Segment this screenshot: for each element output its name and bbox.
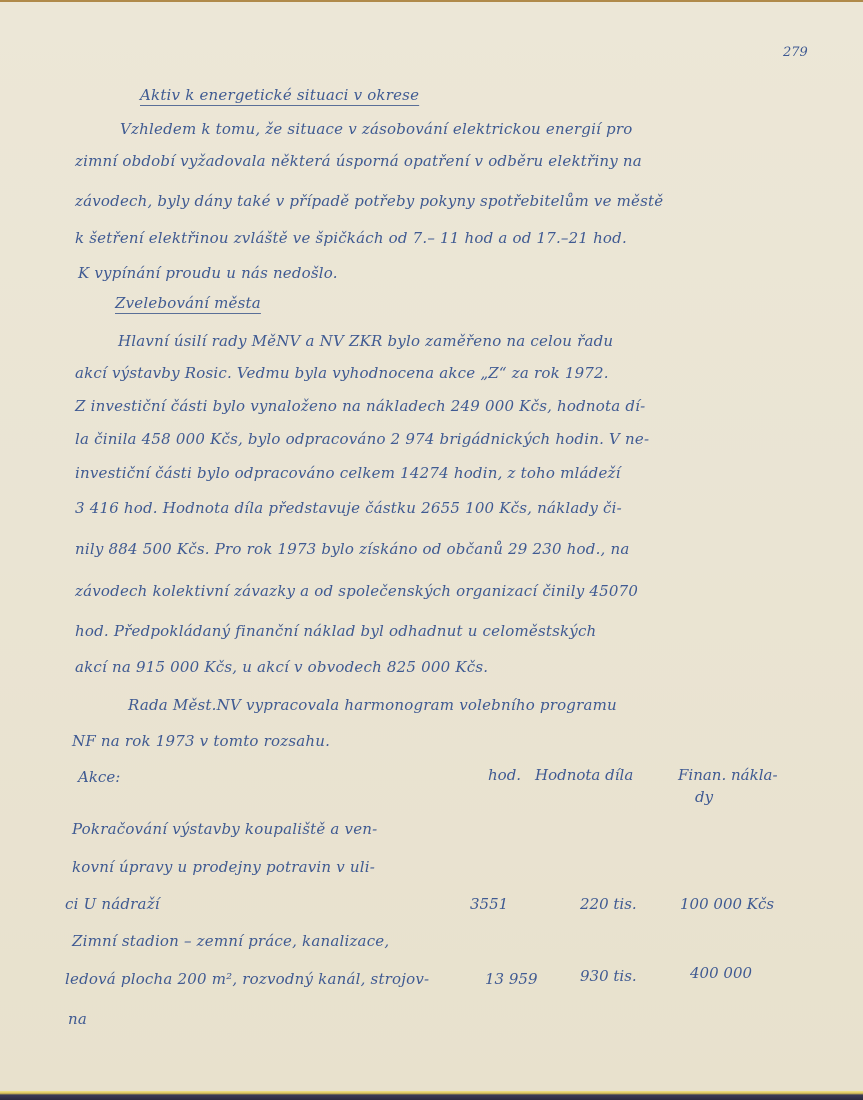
- table-row-2-text: Zimní stadion – zemní práce, kanalizace,: [72, 932, 389, 950]
- page-number: 279: [783, 45, 808, 60]
- section-heading-energy: Aktiv k energetické situaci v okrese: [140, 86, 419, 104]
- section-heading-city: Zvelebování města: [115, 294, 261, 312]
- table-header-action: Akce:: [78, 768, 120, 786]
- document-page: 279 Aktiv k energetické situaci v okrese…: [0, 2, 863, 1091]
- text-line: Hlavní úsilí rady MěNV a NV ZKR bylo zam…: [118, 332, 613, 350]
- table-row-2-cost: 400 000: [690, 964, 752, 982]
- text-line: investiční části bylo odpracováno celkem…: [75, 464, 621, 482]
- table-header-cost-cont: dy: [695, 788, 713, 806]
- text-line: la činila 458 000 Kčs, bylo odpracováno …: [75, 430, 649, 448]
- table-row-1-text: Pokračování výstavby koupaliště a ven-: [72, 820, 377, 838]
- table-row-1-hours: 3551: [470, 895, 508, 913]
- table-row-1-value: 220 tis.: [580, 895, 637, 913]
- text-line: nily 884 500 Kčs. Pro rok 1973 bylo získ…: [75, 540, 629, 558]
- text-line: K vypínání proudu u nás nedošlo.: [78, 264, 338, 282]
- table-row-1-text: ci U nádraží: [65, 895, 160, 913]
- table-header-cost: Finan. nákla-: [678, 766, 778, 784]
- text-line: závodech, byly dány také v případě potře…: [75, 192, 663, 210]
- text-line: 3 416 hod. Hodnota díla představuje část…: [75, 499, 622, 517]
- page-bottom-edge: [0, 1091, 863, 1100]
- text-line: zimní období vyžadovala některá úsporná …: [75, 152, 642, 170]
- text-line: Z investiční části bylo vynaloženo na ná…: [75, 397, 645, 415]
- text-line: závodech kolektivní závazky a od společe…: [75, 582, 638, 600]
- table-row-2-hours: 13 959: [485, 970, 538, 988]
- text-line: akcí výstavby Rosic. Vedmu byla vyhodnoc…: [75, 364, 609, 382]
- table-row-1-text: kovní úpravy u prodejny potravin v uli-: [72, 858, 375, 876]
- table-row-1-cost: 100 000 Kčs: [680, 895, 774, 913]
- text-line: Rada Měst.NV vypracovala harmonogram vol…: [128, 696, 617, 714]
- text-line: Vzhledem k tomu, že situace v zásobování…: [120, 120, 632, 138]
- table-header-value: Hodnota díla: [535, 766, 633, 784]
- text-line: NF na rok 1973 v tomto rozsahu.: [72, 732, 330, 750]
- table-row-2-text: na: [68, 1010, 87, 1028]
- table-header-hours: hod.: [488, 766, 521, 784]
- text-line: akcí na 915 000 Kčs, u akcí v obvodech 8…: [75, 658, 488, 676]
- table-row-2-value: 930 tis.: [580, 967, 637, 985]
- text-line: k šetření elektřinou zvláště ve špičkách…: [75, 229, 627, 247]
- table-row-2-text: ledová plocha 200 m², rozvodný kanál, st…: [65, 970, 429, 988]
- text-line: hod. Předpokládaný finanční náklad byl o…: [75, 622, 596, 640]
